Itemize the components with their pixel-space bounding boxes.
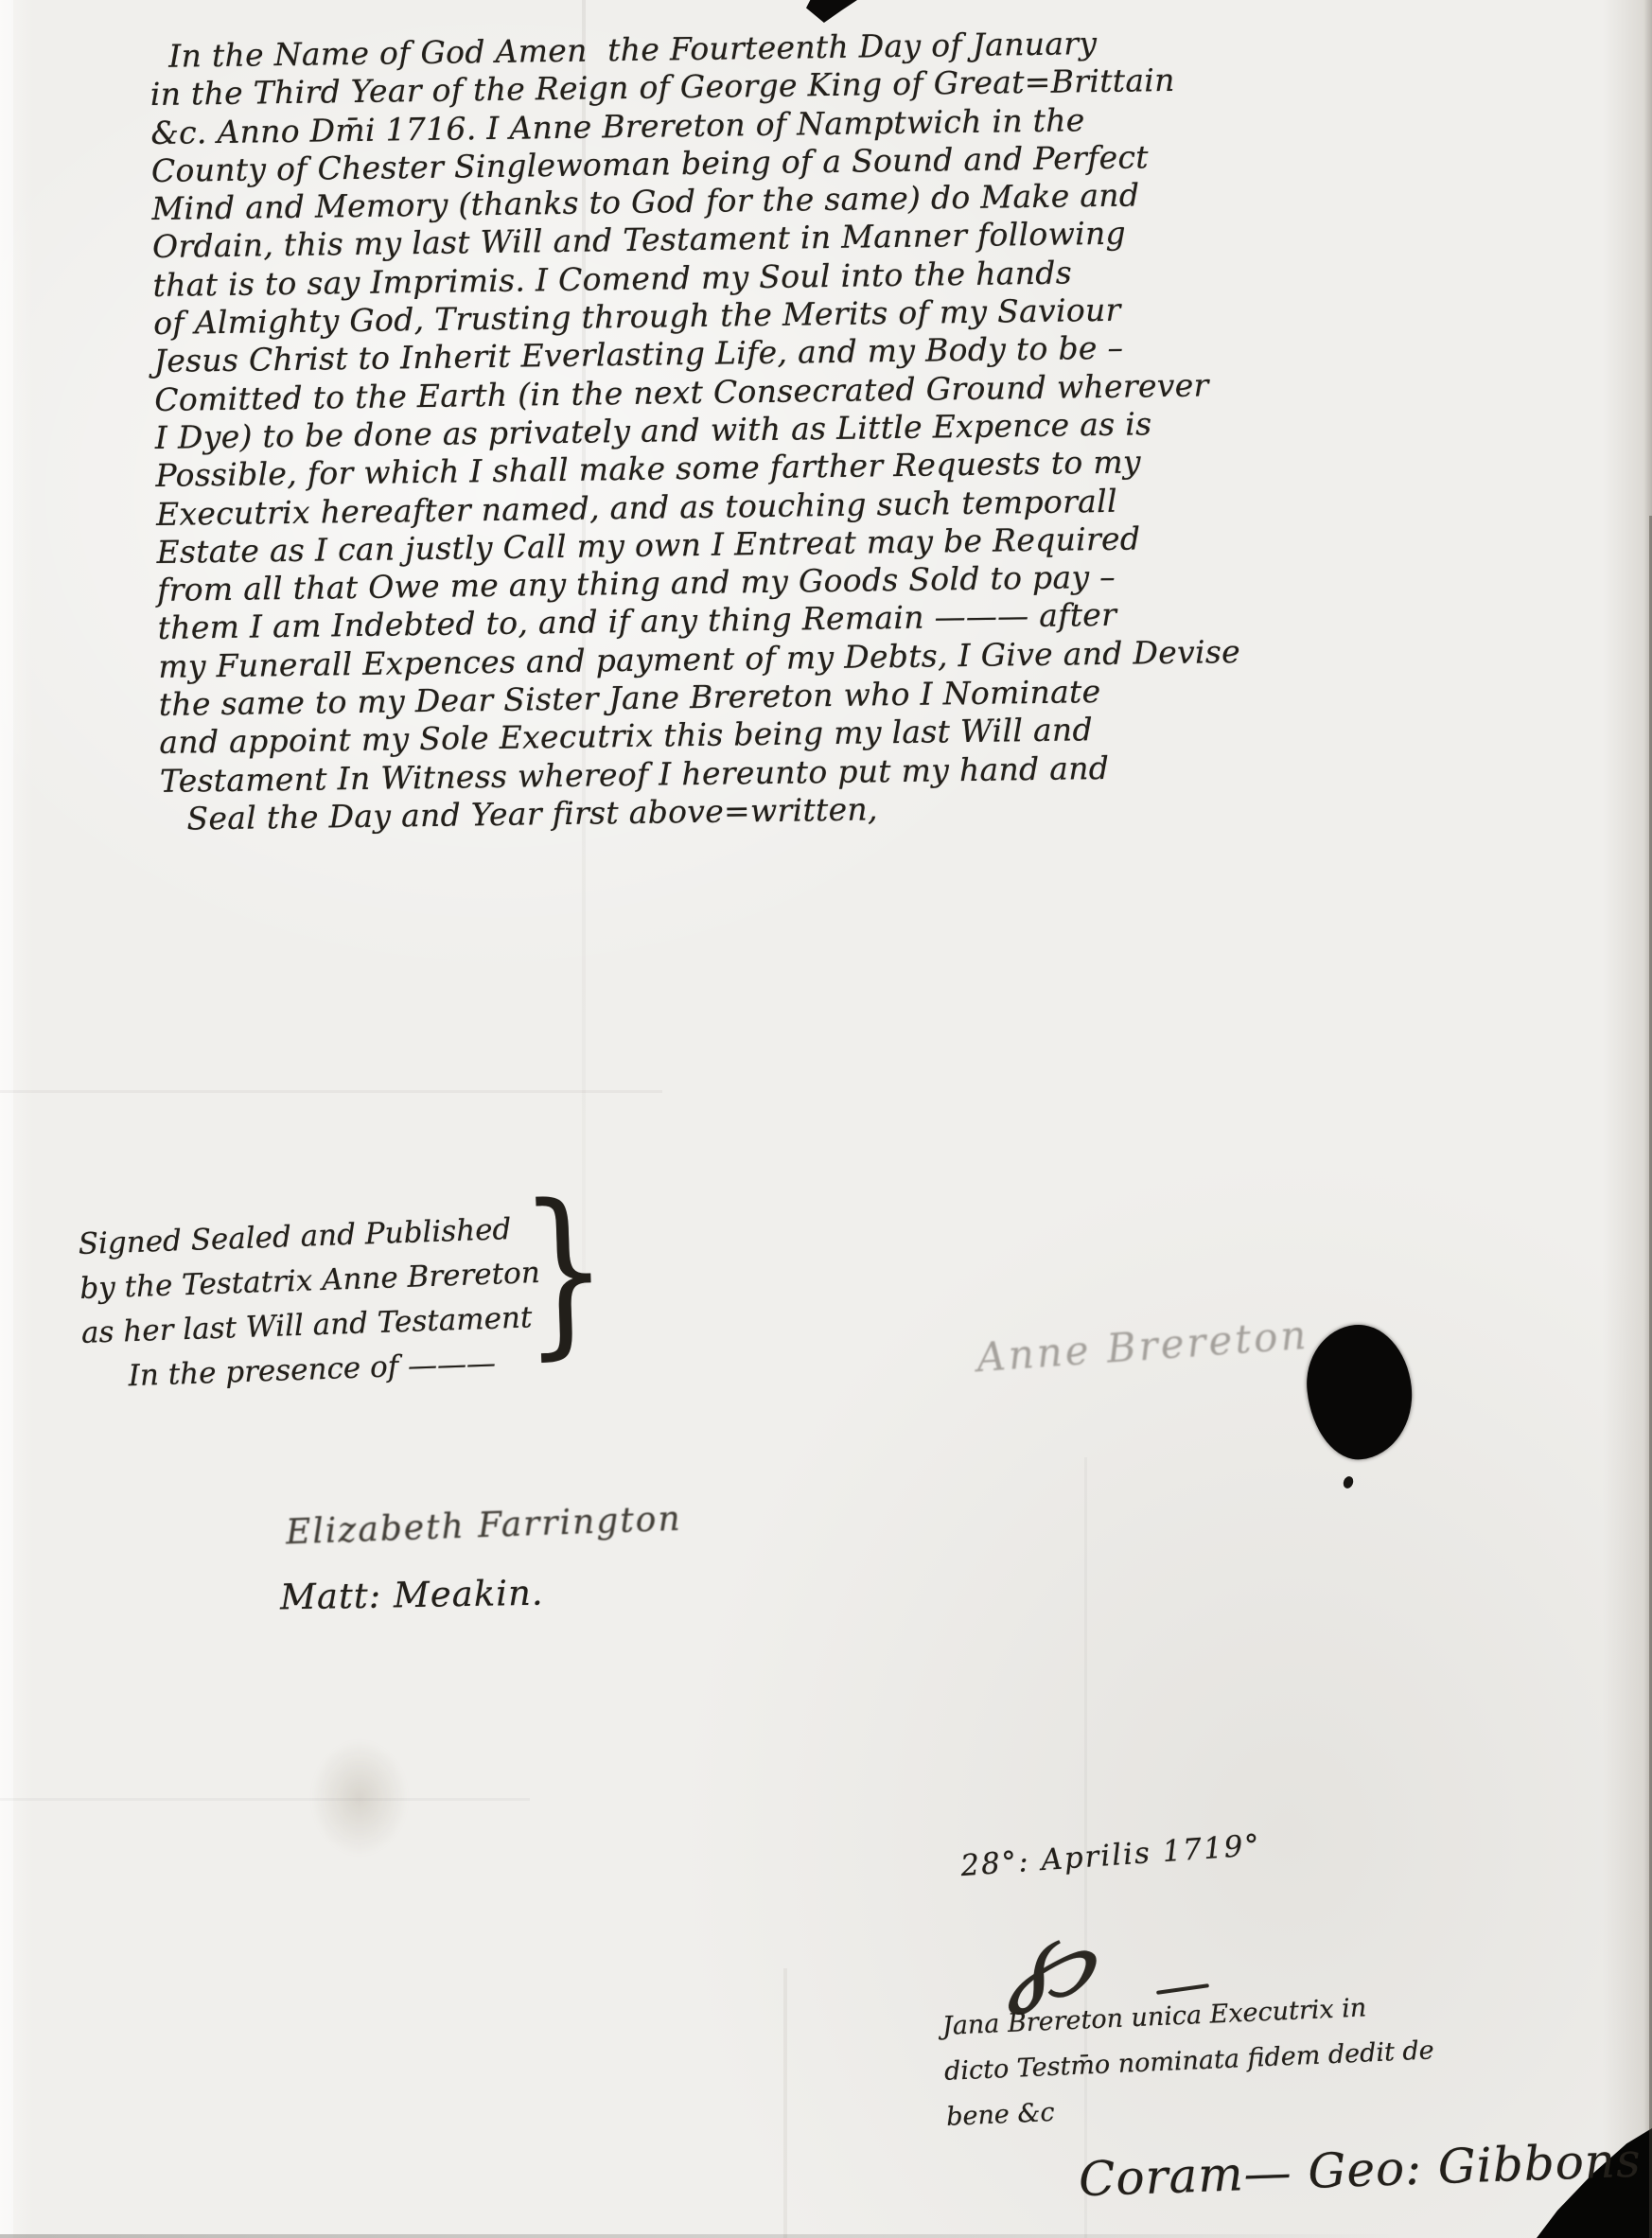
scanned-will-page: In the Name of God Amen the Fourteenth D… [0, 0, 1652, 2238]
paper-bottom-edge [0, 2234, 1652, 2238]
probate-note: Jana Brereton unica Executrix in dicto T… [941, 1982, 1437, 2140]
horizontal-fold-crease-lower [0, 1798, 530, 1801]
paper-stain [310, 1739, 409, 1857]
probate-date: 28°: Aprilis 1719° [959, 1828, 1262, 1883]
testatrix-signature: Anne Brereton [975, 1312, 1310, 1381]
witness-signature-matt-meakin: Matt: Meakin. [280, 1573, 544, 1618]
probate-coram-line: Coram— Geo: Gibbons Sur [1078, 2129, 1652, 2208]
attestation-block: Signed Sealed and Published by the Testa… [78, 1202, 670, 1401]
paper-left-edge [0, 0, 13, 2238]
witness-signature-elizabeth-farrington: Elizabeth Farrington [285, 1500, 682, 1553]
horizontal-fold-crease [0, 1090, 662, 1093]
wax-seal [1301, 1320, 1418, 1465]
ink-speck [1342, 1475, 1355, 1490]
attestation-brace: } [518, 1180, 610, 1363]
vertical-fold-crease-lower [783, 1968, 787, 2238]
top-edge-tear-mark [806, 0, 857, 23]
will-body-text: In the Name of God Amen the Fourteenth D… [149, 23, 1221, 838]
